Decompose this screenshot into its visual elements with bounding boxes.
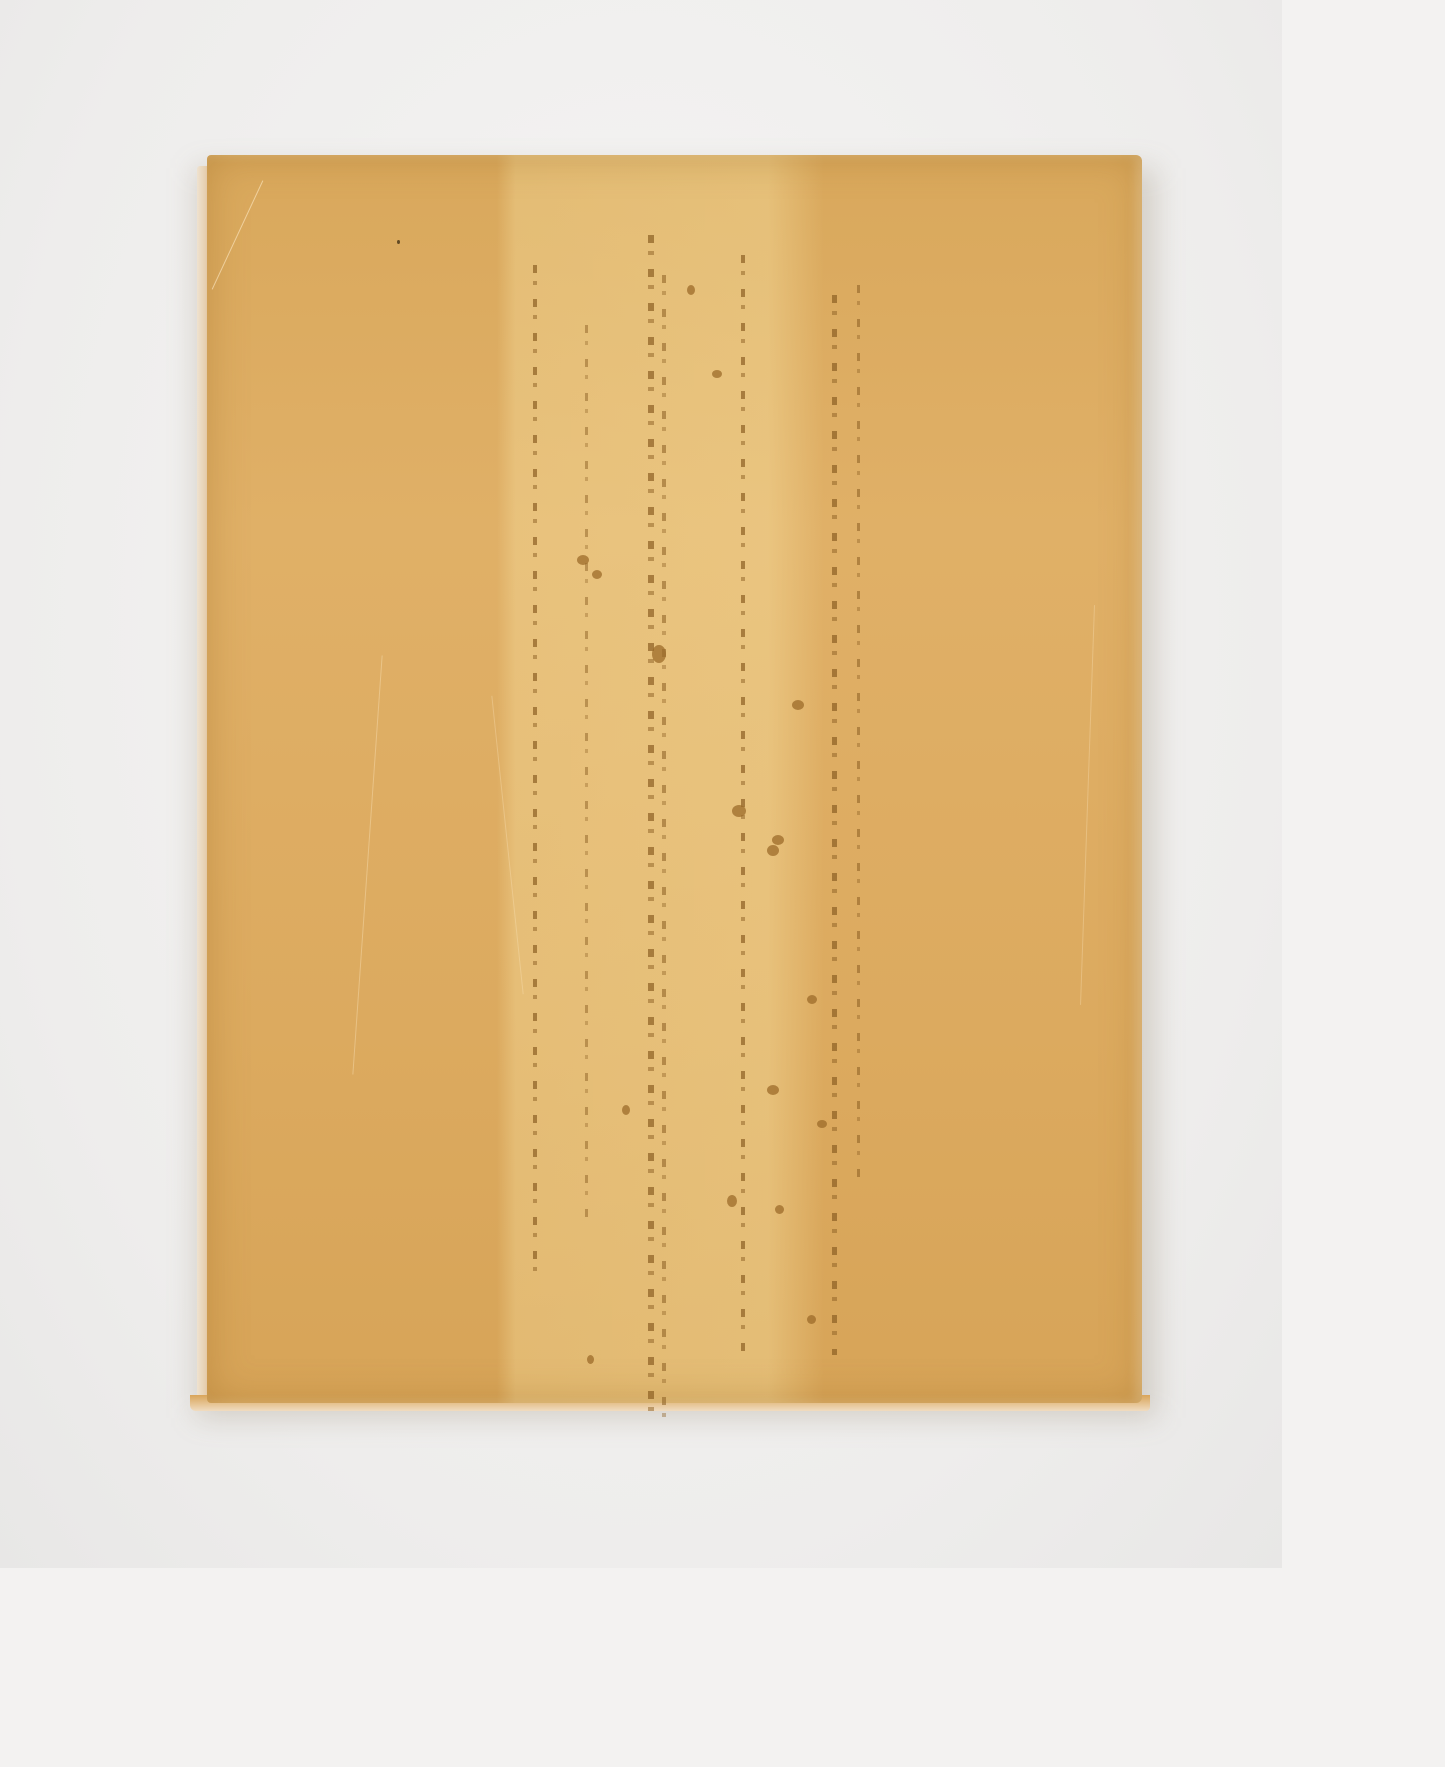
foxing-stain-streak xyxy=(585,325,588,1225)
foxing-stain-streak xyxy=(857,285,860,1185)
stain-spot xyxy=(732,805,746,817)
stain-spot xyxy=(807,995,817,1004)
stain-spot xyxy=(807,1315,816,1324)
crease-line xyxy=(352,655,382,1074)
foxing-stain-streak xyxy=(662,275,666,1425)
stain-spot xyxy=(592,570,602,579)
folder-cover xyxy=(207,155,1142,1403)
stain-spot xyxy=(775,1205,784,1214)
stain-spot xyxy=(687,285,695,295)
stain-spot xyxy=(792,700,804,710)
stain-spot xyxy=(817,1120,827,1128)
stain-spot xyxy=(397,240,400,244)
foxing-stain-streak xyxy=(533,265,537,1285)
stain-spot xyxy=(727,1195,737,1207)
foxing-stain-streak xyxy=(648,235,654,1425)
stain-spot xyxy=(577,555,589,565)
stain-spot xyxy=(767,1085,779,1095)
crease-line xyxy=(212,180,264,289)
stain-spot xyxy=(587,1355,594,1364)
stain-spot xyxy=(767,845,779,856)
crease-line xyxy=(491,696,523,994)
stain-spot xyxy=(712,370,722,378)
stain-spot xyxy=(652,645,666,663)
crease-line xyxy=(1080,605,1095,1005)
stain-spot xyxy=(772,835,784,845)
stain-spot xyxy=(622,1105,630,1115)
foxing-stain-streak xyxy=(832,295,837,1355)
